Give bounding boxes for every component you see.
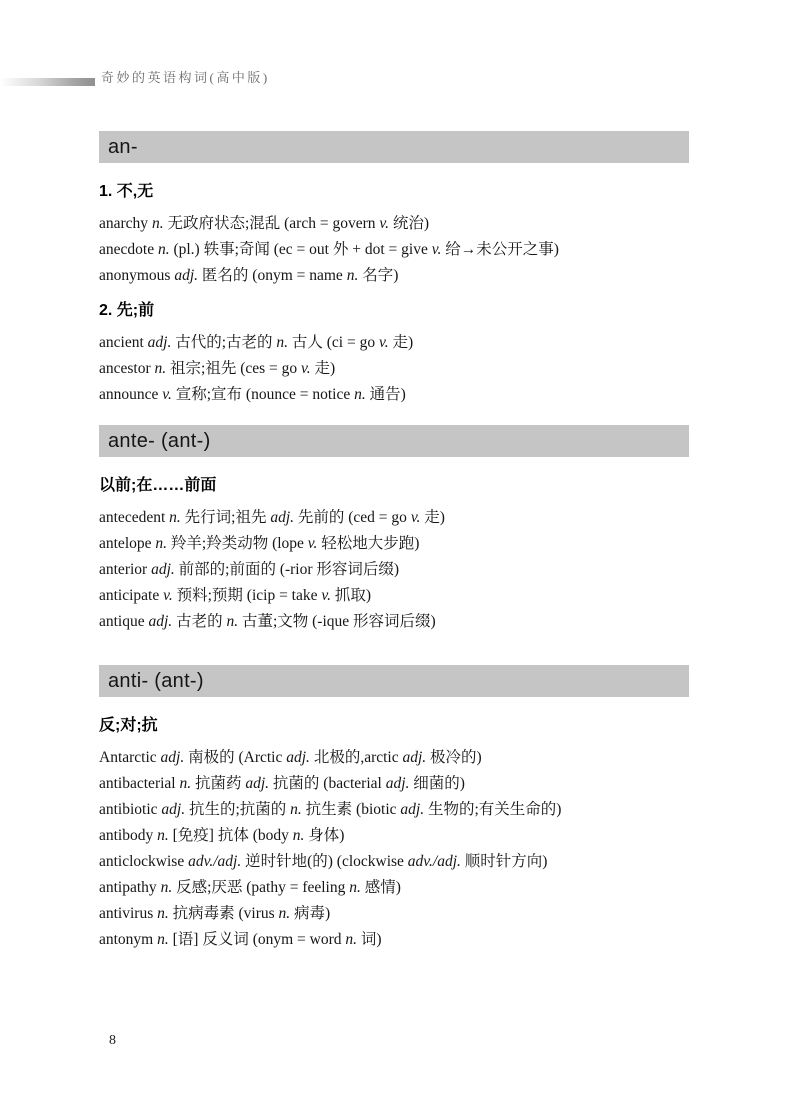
section-an: an- 1. 不,无anarchy n. 无政府状态;混乱 (arch = go…: [99, 131, 689, 408]
entry-text: antique: [99, 613, 149, 630]
entry-text: anarchy: [99, 215, 152, 232]
entry-text: 预料;预期 (icip = take: [173, 587, 322, 604]
dict-entry: antibody n. [免疫] 抗体 (body n. 身体): [99, 823, 689, 849]
pos-label: n.: [155, 535, 167, 552]
group-heading: 以前;在……前面: [99, 476, 689, 496]
entry-text: 身体): [304, 827, 344, 844]
entry-text: 极冷的): [426, 749, 482, 766]
group-heading: 2. 先;前: [99, 301, 689, 321]
entry-text: 北极的,arctic: [310, 749, 403, 766]
pos-label: n.: [158, 241, 170, 258]
dict-entry: antique adj. 古老的 n. 古董;文物 (-ique 形容词后缀): [99, 609, 689, 635]
entry-text: anecdote: [99, 241, 158, 258]
entry-text: 逆时针地(的) (clockwise: [241, 853, 408, 870]
entry-text: 抓取): [331, 587, 371, 604]
dict-entry: anecdote n. (pl.) 轶事;奇闻 (ec = out 外 + do…: [99, 237, 689, 263]
dict-entry: antivirus n. 抗病毒素 (virus n. 病毒): [99, 901, 689, 927]
pos-label: v.: [308, 535, 318, 552]
entry-text: announce: [99, 386, 162, 403]
page-number: 8: [109, 1033, 116, 1049]
book-page: 奇妙的英语构词(高中版) an- 1. 不,无anarchy n. 无政府状态;…: [0, 0, 799, 1114]
entry-text: 抗菌药: [191, 775, 245, 792]
entry-text: 抗生素 (biotic: [302, 801, 401, 818]
pos-label: v.: [321, 587, 331, 604]
entry-text: 名字): [358, 267, 398, 284]
entry-text: antivirus: [99, 905, 157, 922]
pos-label: n.: [347, 267, 359, 284]
entry-text: 走): [311, 360, 336, 377]
pos-label: n.: [152, 215, 164, 232]
entry-text: antibiotic: [99, 801, 161, 818]
pos-label: adj.: [174, 267, 198, 284]
dict-entry: antelope n. 羚羊;羚类动物 (lope v. 轻松地大步跑): [99, 531, 689, 557]
entry-list: anarchy n. 无政府状态;混乱 (arch = govern v. 统治…: [99, 211, 689, 289]
entry-text: 祖宗;祖先 (ces = go: [166, 360, 301, 377]
pos-label: adj.: [386, 775, 410, 792]
dict-entry: antipathy n. 反感;厌恶 (pathy = feeling n. 感…: [99, 875, 689, 901]
entry-text: ancient: [99, 334, 148, 351]
pos-label: v.: [411, 509, 421, 526]
pos-label: v.: [301, 360, 311, 377]
pos-label: adj.: [149, 613, 173, 630]
section-groups: 以前;在……前面antecedent n. 先行词;祖先 adj. 先前的 (c…: [99, 476, 689, 635]
pos-label: n.: [279, 905, 291, 922]
entry-text: antelope: [99, 535, 155, 552]
group-heading: 反;对;抗: [99, 716, 689, 736]
pos-label: n.: [290, 801, 302, 818]
dict-entry: antonym n. [语] 反义词 (onym = word n. 词): [99, 927, 689, 953]
entry-text: 反感;厌恶 (pathy = feeling: [172, 879, 349, 896]
pos-label: n.: [169, 509, 181, 526]
dict-entry: anticipate v. 预料;预期 (icip = take v. 抓取): [99, 583, 689, 609]
pos-label: n.: [155, 360, 167, 377]
entry-list: antecedent n. 先行词;祖先 adj. 先前的 (ced = go …: [99, 505, 689, 635]
entry-text: 先前的 (ced = go: [294, 509, 411, 526]
entry-text: [免疫] 抗体 (body: [169, 827, 293, 844]
pos-label: adj.: [286, 749, 310, 766]
entry-text: 病毒): [290, 905, 330, 922]
entry-text: 无政府状态;混乱 (arch = govern: [164, 215, 380, 232]
dict-entry: ancient adj. 古代的;古老的 n. 古人 (ci = go v. 走…: [99, 330, 689, 356]
entry-text: 前部的;前面的 (-rior 形容词后缀): [175, 561, 399, 578]
section-ante: ante- (ant-) 以前;在……前面antecedent n. 先行词;祖…: [99, 425, 689, 635]
pos-label: adv./adj.: [408, 853, 461, 870]
entry-text: anticlockwise: [99, 853, 188, 870]
entry-text: 给→未公开之事): [441, 241, 559, 258]
pos-label: v.: [162, 386, 172, 403]
entry-text: 羚羊;羚类动物 (lope: [167, 535, 308, 552]
pos-label: n.: [345, 931, 357, 948]
pos-label: adj.: [270, 509, 294, 526]
entry-text: 南极的 (Arctic: [184, 749, 286, 766]
entry-text: Antarctic: [99, 749, 161, 766]
entry-text: 古人 (ci = go: [288, 334, 379, 351]
entry-text: 感情): [361, 879, 401, 896]
entry-text: (pl.) 轶事;奇闻 (ec = out 外 + dot = give: [170, 241, 432, 258]
pos-label: n.: [157, 827, 169, 844]
pos-label: adj.: [151, 561, 175, 578]
pos-label: adj.: [161, 801, 185, 818]
section-groups: 1. 不,无anarchy n. 无政府状态;混乱 (arch = govern…: [99, 182, 689, 408]
entry-text: 走): [420, 509, 445, 526]
pos-label: n.: [161, 879, 173, 896]
section-anti: anti- (ant-) 反;对;抗Antarctic adj. 南极的 (Ar…: [99, 665, 689, 953]
header-gradient-bar: [0, 78, 95, 86]
entry-text: 古老的: [172, 613, 226, 630]
entry-text: 匿名的 (onym = name: [198, 267, 347, 284]
dict-entry: antibacterial n. 抗菌药 adj. 抗菌的 (bacterial…: [99, 771, 689, 797]
entry-list: ancient adj. 古代的;古老的 n. 古人 (ci = go v. 走…: [99, 330, 689, 408]
entry-text: 宣称;宣布 (nounce = notice: [172, 386, 354, 403]
pos-label: v.: [163, 587, 173, 604]
entry-text: anticipate: [99, 587, 163, 604]
dict-entry: anarchy n. 无政府状态;混乱 (arch = govern v. 统治…: [99, 211, 689, 237]
pos-label: adj.: [402, 749, 426, 766]
pos-label: v.: [432, 241, 442, 258]
entry-text: ancestor: [99, 360, 155, 377]
entry-text: 顺时针方向): [461, 853, 548, 870]
entry-text: 抗菌的 (bacterial: [269, 775, 386, 792]
pos-label: n.: [349, 879, 361, 896]
entry-text: antecedent: [99, 509, 169, 526]
entry-text: anonymous: [99, 267, 174, 284]
dict-entry: antibiotic adj. 抗生的;抗菌的 n. 抗生素 (biotic a…: [99, 797, 689, 823]
dict-entry: anonymous adj. 匿名的 (onym = name n. 名字): [99, 263, 689, 289]
section-bar: ante- (ant-): [99, 425, 689, 457]
pos-label: n.: [354, 386, 366, 403]
entry-text: 统治): [389, 215, 429, 232]
dict-entry: ancestor n. 祖宗;祖先 (ces = go v. 走): [99, 356, 689, 382]
section-bar-label: anti- (ant-): [108, 670, 204, 693]
section-bar: an-: [99, 131, 689, 163]
entry-text: antonym: [99, 931, 157, 948]
section-bar: anti- (ant-): [99, 665, 689, 697]
dict-entry: Antarctic adj. 南极的 (Arctic adj. 北极的,arct…: [99, 745, 689, 771]
pos-label: n.: [157, 905, 169, 922]
entry-text: [语] 反义词 (onym = word: [169, 931, 346, 948]
section-bar-label: an-: [108, 136, 138, 159]
pos-label: n.: [157, 931, 169, 948]
pos-label: v.: [379, 215, 389, 232]
dict-entry: antecedent n. 先行词;祖先 adj. 先前的 (ced = go …: [99, 505, 689, 531]
pos-label: n.: [179, 775, 191, 792]
entry-text: 古董;文物 (-ique 形容词后缀): [238, 613, 436, 630]
pos-label: v.: [379, 334, 389, 351]
pos-label: adj.: [400, 801, 424, 818]
section-bar-label: ante- (ant-): [108, 430, 211, 453]
entry-text: antipathy: [99, 879, 161, 896]
pos-label: adj.: [245, 775, 269, 792]
entry-text: 先行词;祖先: [181, 509, 271, 526]
entry-text: 抗生的;抗菌的: [185, 801, 290, 818]
entry-text: antibacterial: [99, 775, 179, 792]
entry-list: Antarctic adj. 南极的 (Arctic adj. 北极的,arct…: [99, 745, 689, 953]
entry-text: 抗病毒素 (virus: [169, 905, 279, 922]
dict-entry: anticlockwise adv./adj. 逆时针地(的) (clockwi…: [99, 849, 689, 875]
entry-text: anterior: [99, 561, 151, 578]
group-heading: 1. 不,无: [99, 182, 689, 202]
pos-label: adv./adj.: [188, 853, 241, 870]
entry-text: antibody: [99, 827, 157, 844]
dict-entry: anterior adj. 前部的;前面的 (-rior 形容词后缀): [99, 557, 689, 583]
pos-label: n.: [226, 613, 238, 630]
entry-text: 细菌的): [409, 775, 465, 792]
pos-label: n.: [293, 827, 305, 844]
section-groups: 反;对;抗Antarctic adj. 南极的 (Arctic adj. 北极的…: [99, 716, 689, 953]
entry-text: 走): [389, 334, 414, 351]
entry-text: 通告): [366, 386, 406, 403]
pos-label: n.: [276, 334, 288, 351]
book-title: 奇妙的英语构词(高中版): [101, 70, 270, 86]
pos-label: adj.: [148, 334, 172, 351]
entry-text: 词): [357, 931, 382, 948]
entry-text: 古代的;古老的: [171, 334, 276, 351]
entry-text: 生物的;有关生命的): [424, 801, 561, 818]
entry-text: 轻松地大步跑): [317, 535, 419, 552]
pos-label: adj.: [161, 749, 185, 766]
dict-entry: announce v. 宣称;宣布 (nounce = notice n. 通告…: [99, 382, 689, 408]
